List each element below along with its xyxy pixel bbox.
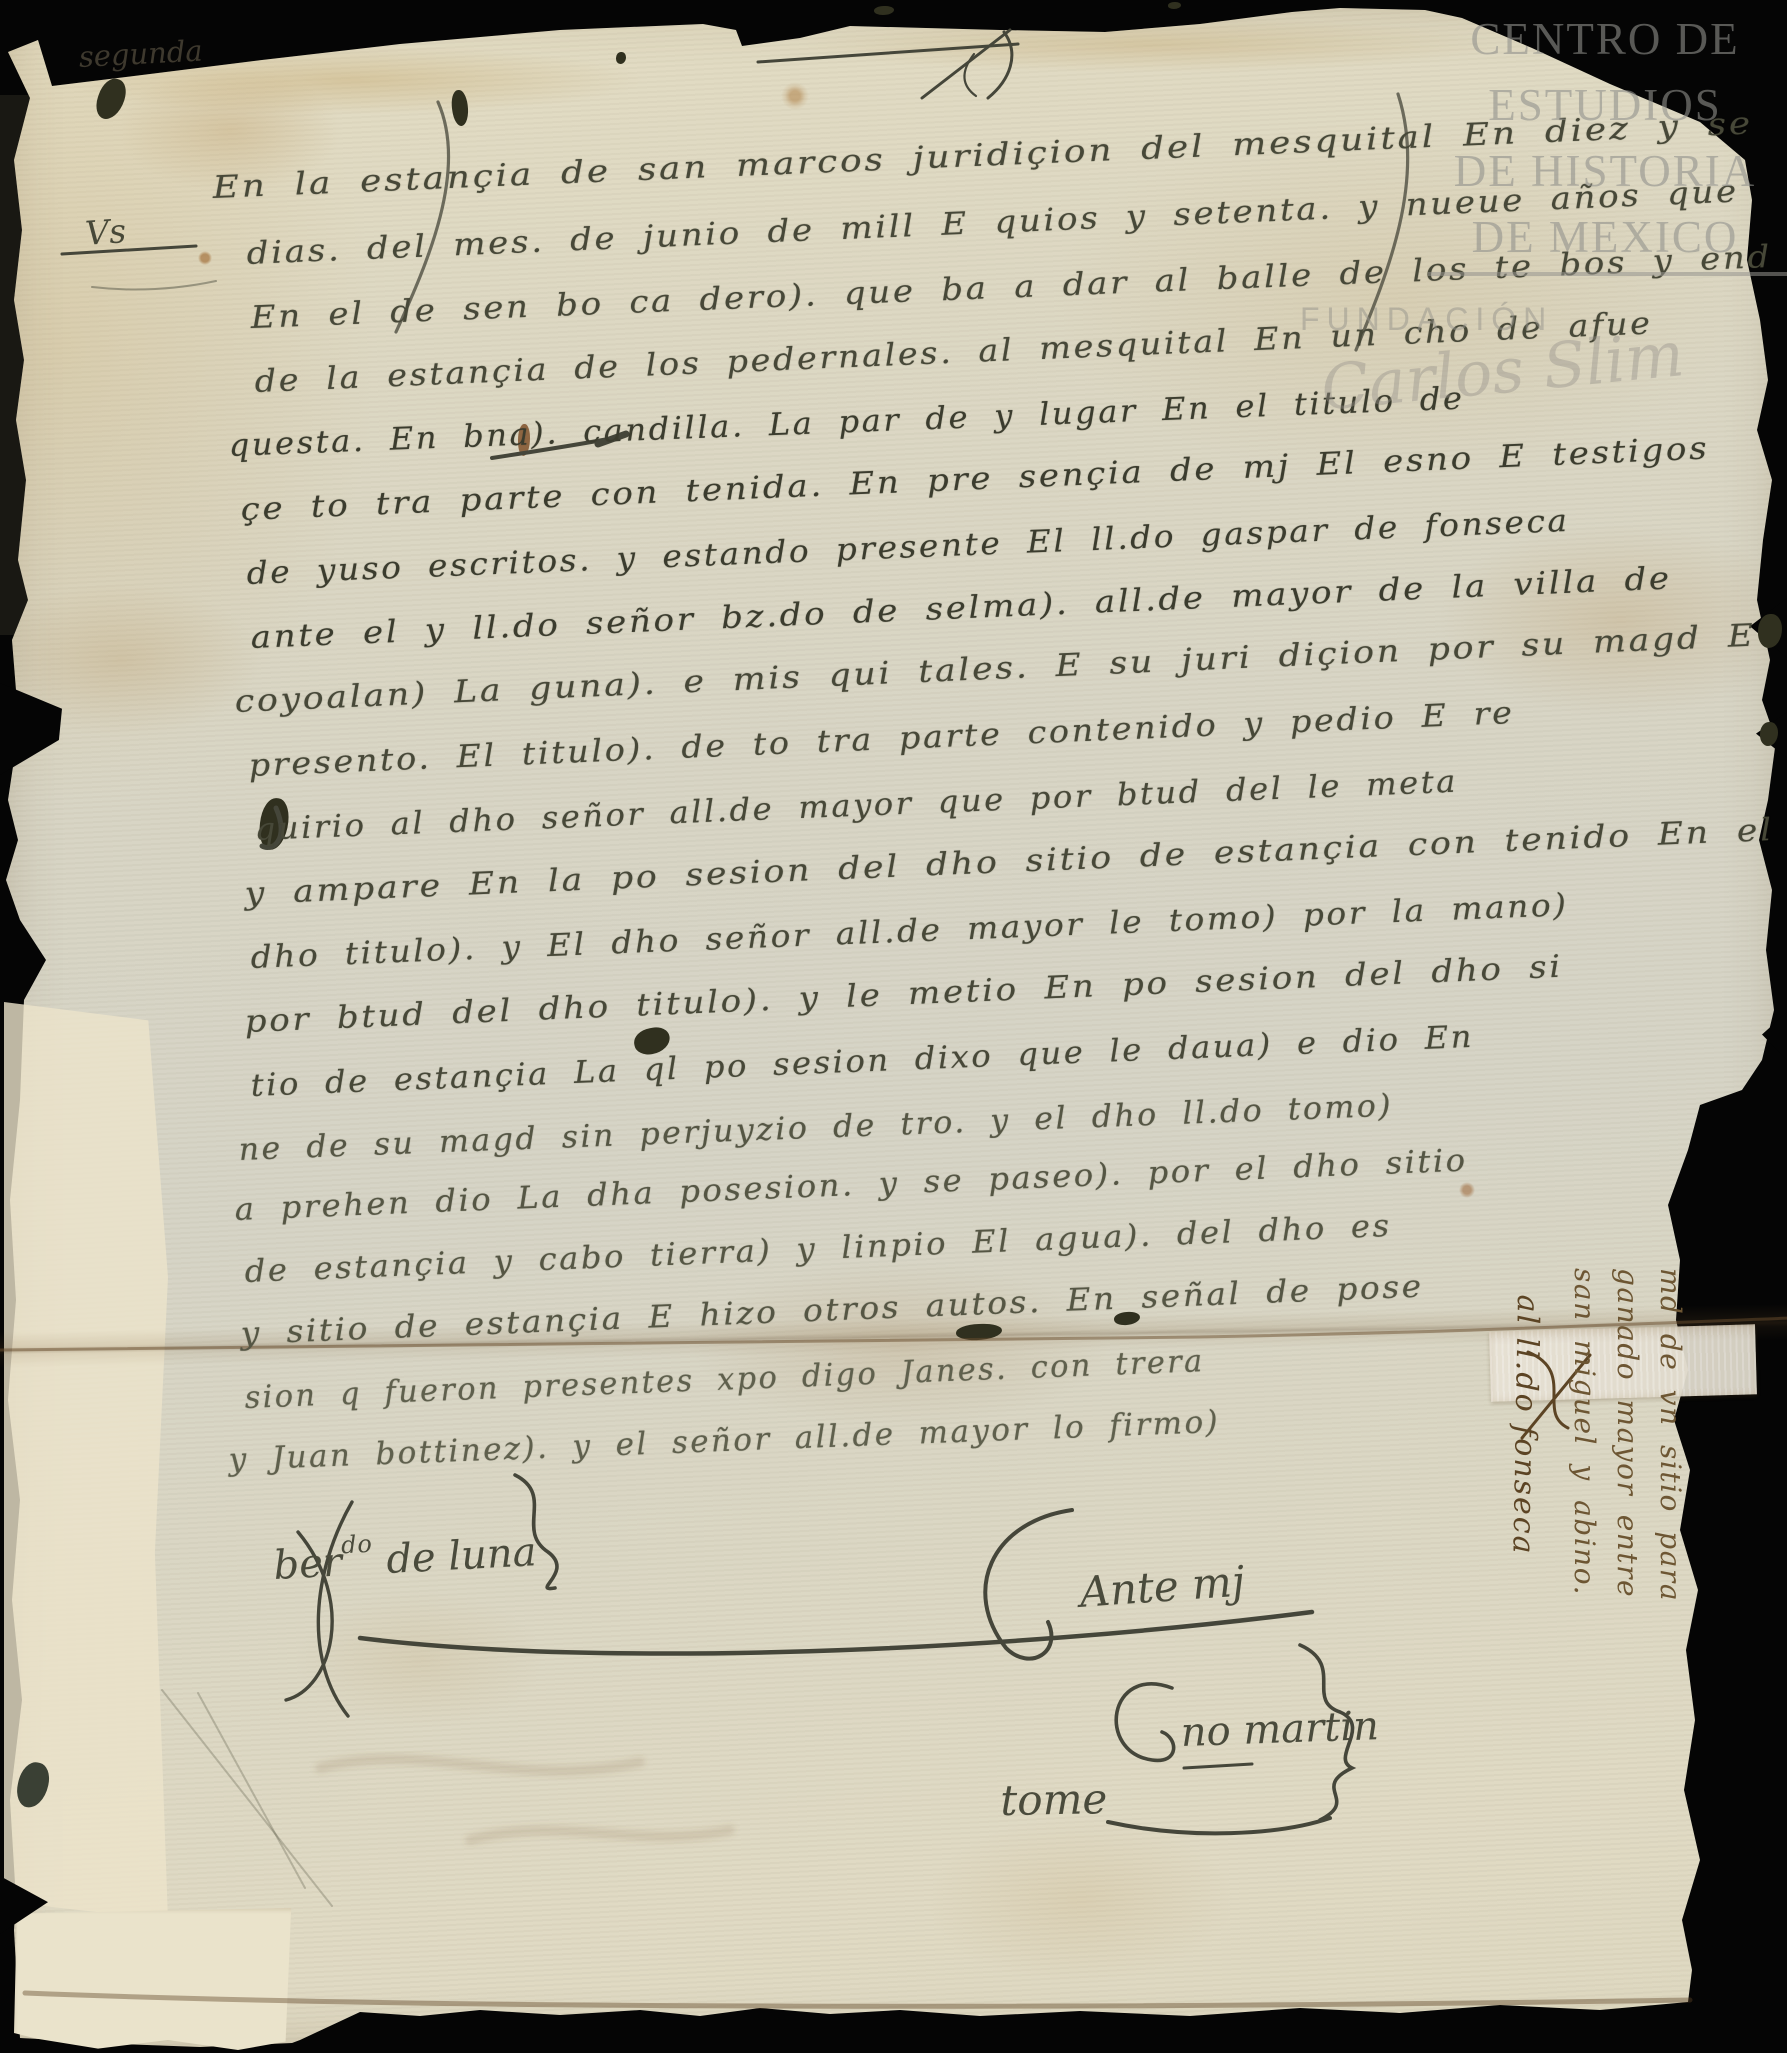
margin-note-line: ganado mayor entre bbox=[1606, 1268, 1649, 1840]
bottom-left-repair-patch bbox=[14, 1908, 294, 2050]
ink-blot bbox=[1168, 2, 1181, 9]
signature-principal-superscript: do bbox=[340, 1530, 373, 1560]
margin-note-line: md de vn sitio para bbox=[1649, 1268, 1692, 1840]
margin-note-line: san miguel y abino. bbox=[1563, 1268, 1606, 1840]
margin-note: md de vn sitio para ganado mayor entre s… bbox=[1560, 1268, 1692, 1840]
margin-note-addressee: al ll.do fonseca bbox=[1488, 1294, 1545, 1695]
top-left-faded-note: segunda bbox=[78, 34, 203, 74]
signature-notary: no martin bbox=[1180, 1703, 1380, 1756]
ink-blot bbox=[874, 6, 894, 15]
signature-notary-note: tome bbox=[1000, 1774, 1108, 1825]
left-margin-mark: Vs bbox=[84, 211, 127, 253]
signature-principal-rest: de luna bbox=[373, 1529, 538, 1583]
signature-principal-prefix: ber bbox=[272, 1539, 343, 1589]
photographed-manuscript: segunda Vs En la estançia de san marcos … bbox=[0, 0, 1787, 2053]
